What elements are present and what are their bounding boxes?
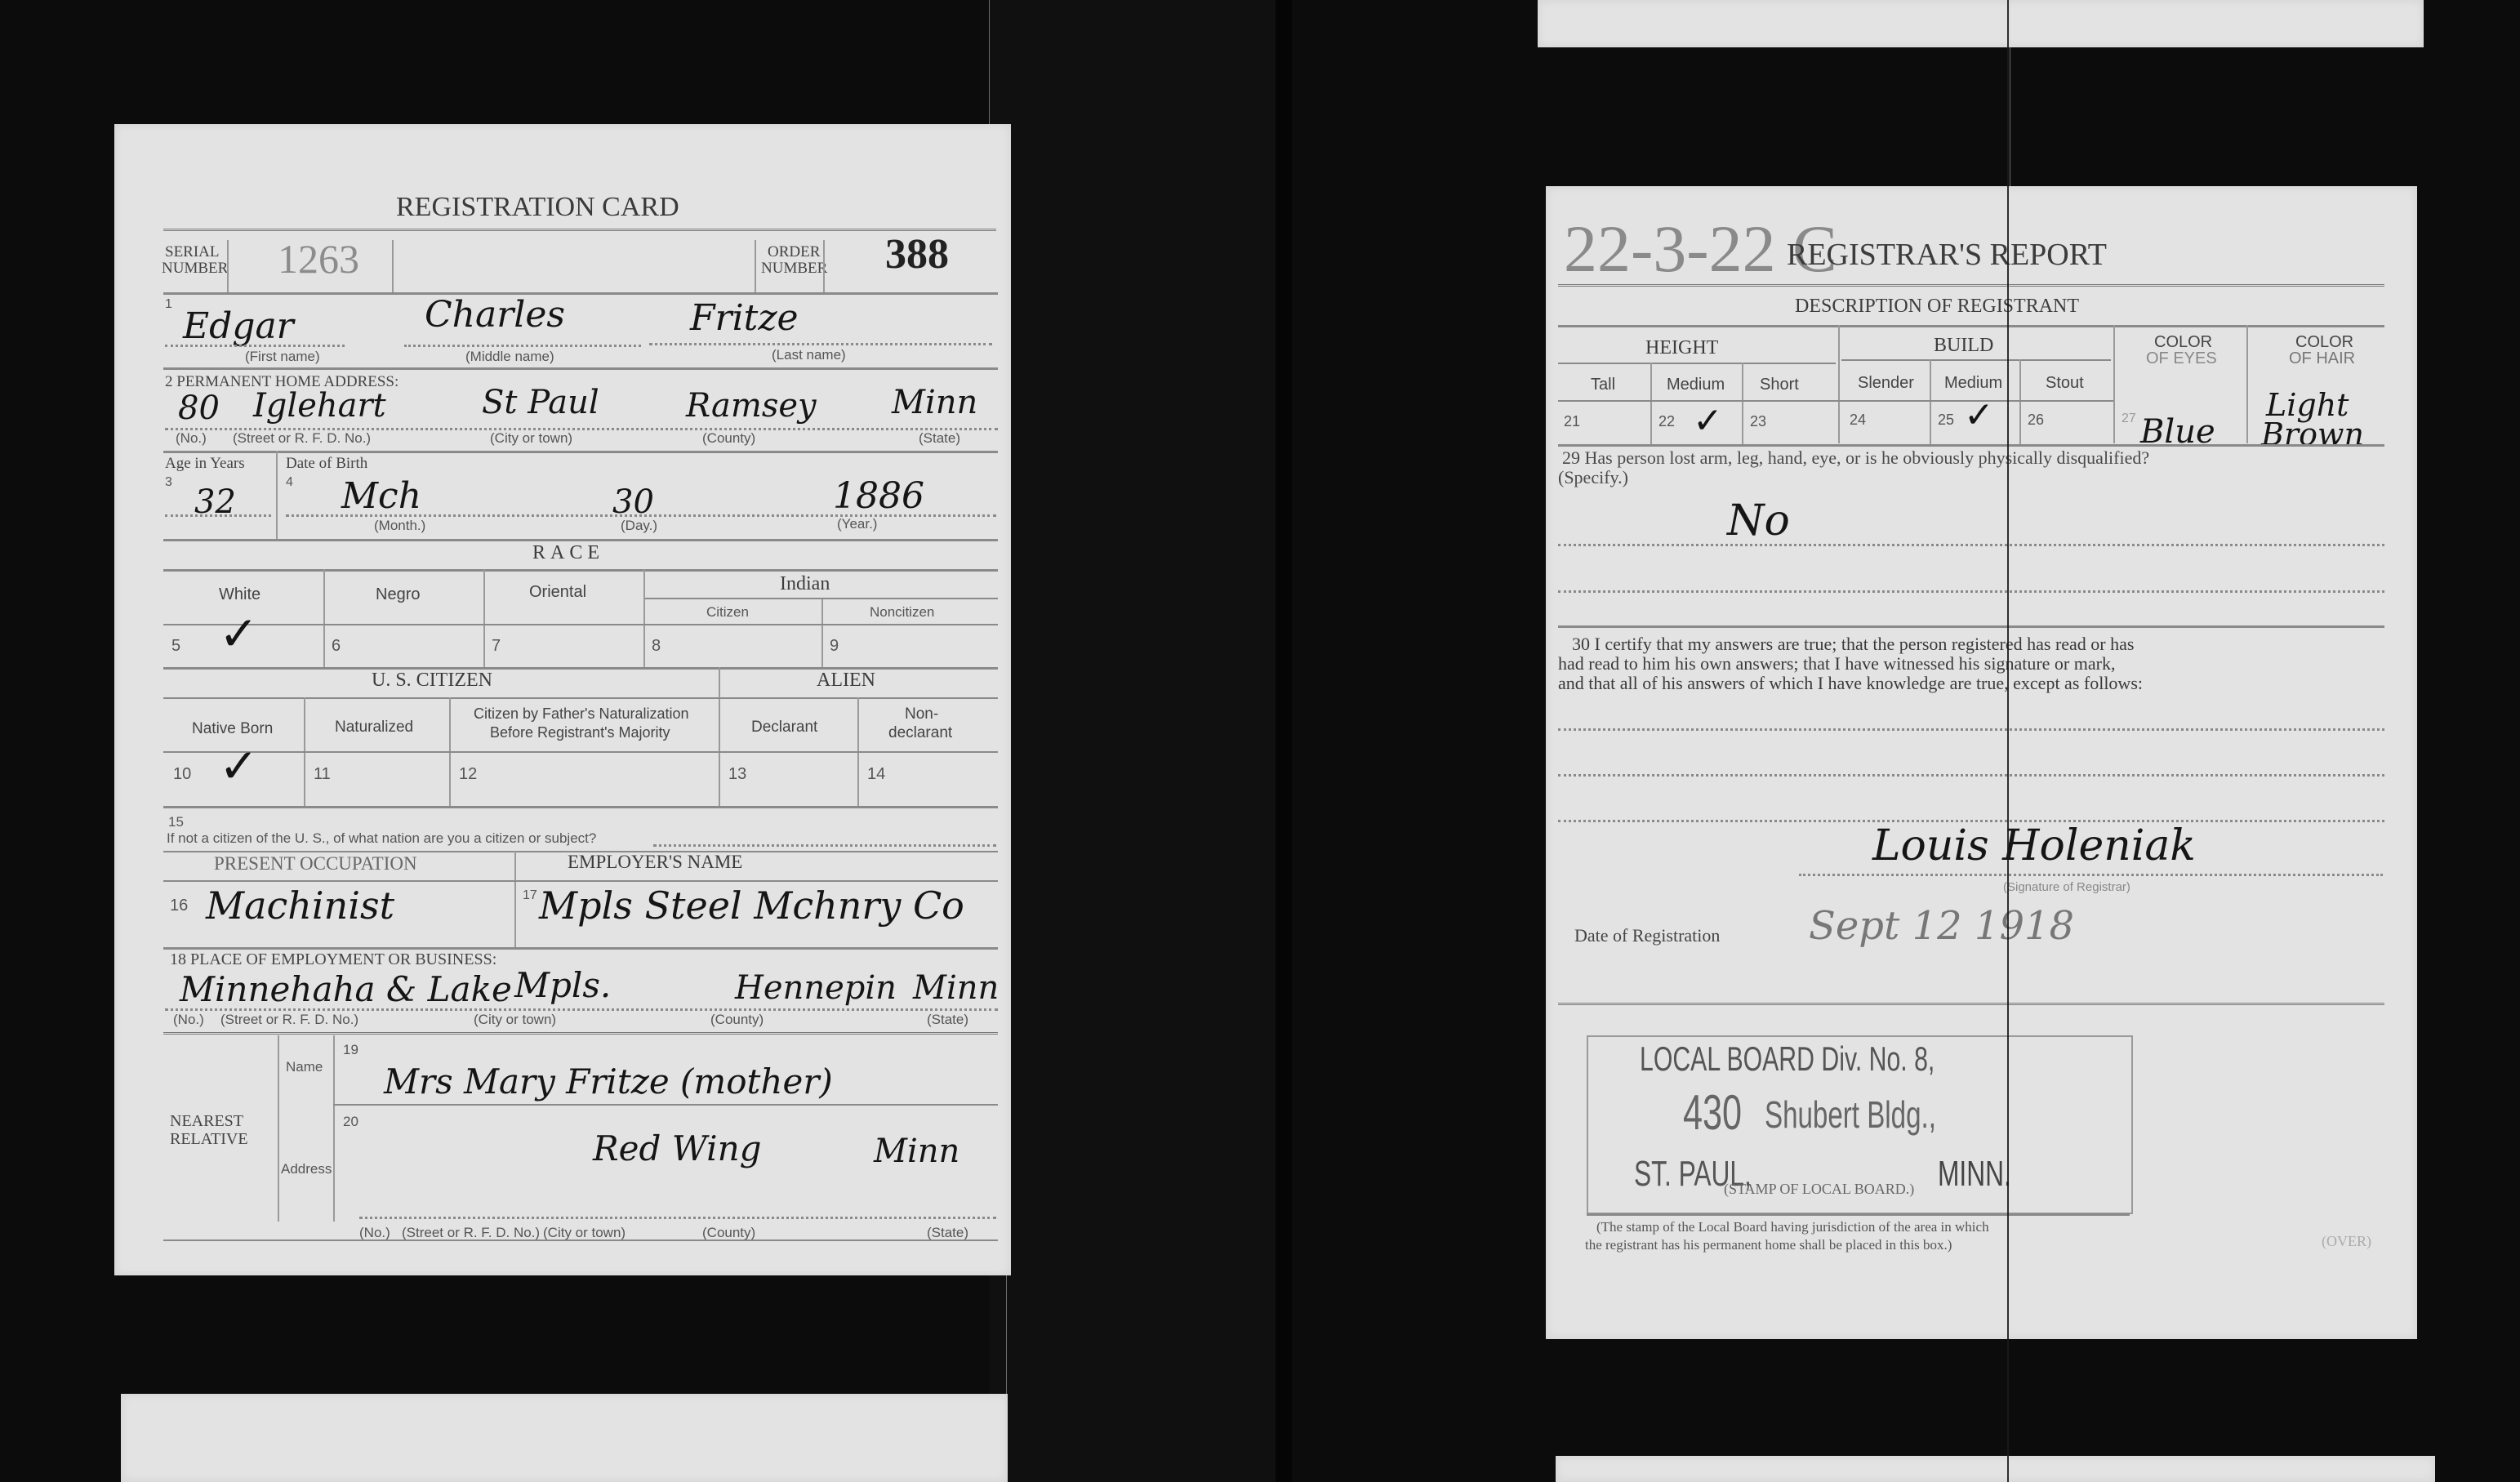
relative-state: Minn [874, 1133, 959, 1170]
address-street: Iglehart [253, 387, 386, 425]
address-no: 80 [178, 389, 220, 427]
question-30-line2: had read to him his own answers; that I … [1558, 653, 2115, 674]
employer-name: Mpls Steel Mchnry Co [539, 883, 964, 928]
serial-number: 1263 [278, 235, 359, 283]
question-29-answer: No [1727, 496, 1790, 545]
relative-name: Mrs Mary Fritze (mother) [384, 1061, 833, 1101]
order-label-2: NUMBER [761, 260, 827, 278]
film-separator [1276, 0, 1292, 1482]
build-medium-checkmark-icon: ✓ [1964, 394, 1994, 436]
last-name: Fritze [690, 297, 799, 339]
registrar-signature: Louis Holeniak [1872, 821, 2196, 870]
first-name: Edgar [183, 305, 294, 347]
address-city: St Paul [482, 384, 599, 421]
stamp-line1: LOCAL BOARD Div. No. 8, [1640, 1039, 1935, 1079]
neighbor-card-bottom-left [121, 1394, 1008, 1482]
stamp-line2-number: 430 [1683, 1084, 1742, 1141]
film-scratch-line-right-highlight [2010, 0, 2010, 186]
height-medium-checkmark-icon: ✓ [1693, 400, 1723, 442]
registration-card: REGISTRATION CARD SERIAL NUMBER 1263 ORD… [114, 124, 1011, 1275]
occupation: Machinist [206, 883, 394, 928]
race-heading: RACE [532, 542, 604, 564]
order-number: 388 [885, 230, 949, 278]
stamp-caption: (STAMP OF LOCAL BOARD.) [1724, 1181, 1914, 1198]
employment-state: Minn [913, 969, 999, 1007]
film-band-middle [990, 0, 1284, 1482]
date-of-registration: Sept 12 1918 [1809, 903, 2074, 949]
address-state: Minn [892, 384, 977, 421]
employment-street: Minnehaha & Lake [180, 969, 512, 1009]
film-scratch-line-right [2007, 0, 2009, 1482]
question-30-line1: 30 I certify that my answers are true; t… [1572, 634, 2134, 655]
field15-label: If not a citizen of the U. S., of what n… [167, 830, 596, 847]
order-label-1: ORDER [768, 243, 820, 261]
stamp-line3-state: MINN. [1938, 1154, 2011, 1195]
employment-city: Mpls. [514, 965, 611, 1005]
report-over: (OVER) [2322, 1233, 2371, 1250]
registrars-report-card: 22-3-22 C REGISTRAR'S REPORT DESCRIPTION… [1546, 186, 2417, 1339]
dob-year: 1886 [833, 475, 924, 517]
employment-county: Hennepin [735, 969, 897, 1007]
card-title: REGISTRATION CARD [396, 192, 679, 223]
native-born-checkmark-icon: ✓ [219, 738, 259, 794]
stamp-line2-text: Shubert Bldg., [1765, 1093, 1936, 1137]
serial-label-2: NUMBER [162, 260, 228, 278]
date-of-registration-label: Date of Registration [1574, 925, 1720, 946]
relative-city: Red Wing [593, 1128, 762, 1168]
serial-label-1: SERIAL [165, 243, 220, 261]
stamp-note-line1: (The stamp of the Local Board having jur… [1596, 1219, 1989, 1235]
report-title: REGISTRAR'S REPORT [1787, 237, 2107, 273]
question-30-line3: and that all of his answers of which I h… [1558, 673, 2143, 694]
dob-month: Mch [341, 475, 421, 517]
film-scratch-line-left [989, 0, 990, 131]
question-29: 29 Has person lost arm, leg, hand, eye, … [1562, 447, 2149, 469]
title-rule [163, 229, 996, 234]
neighbor-card-bottom-right [1556, 1456, 2435, 1482]
stamp-note-line2: the registrant has his permanent home sh… [1585, 1237, 1952, 1253]
middle-name: Charles [425, 294, 565, 336]
hair-color-line2: Brown [2261, 416, 2364, 452]
address-county: Ramsey [686, 387, 817, 425]
neighbor-card-top-right [1538, 0, 2424, 47]
race-white-checkmark-icon: ✓ [219, 606, 259, 661]
